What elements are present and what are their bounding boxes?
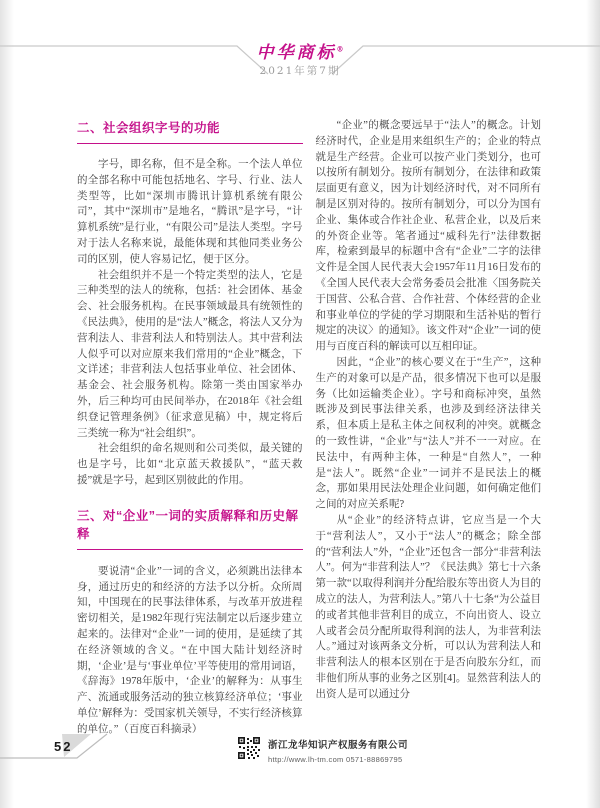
paragraph: 因此，“企业”的核心要义在于“生产”，这种生产的对象可以是产品，很多情况下也可以… [316,355,542,513]
paragraph: 要说清“企业”一词的含义，必须跳出法律本身，通过历史的和经济的方法予以分析。众所… [77,564,303,738]
journal-page: 中华商标® 2021年第7期 二、社会组织字号的功能 字号，即名称，但不是全称。… [0,0,600,808]
company-name: 浙江龙华知识产权服务有限公司 [268,737,408,751]
journal-logo-text: 中华商标 [257,43,337,63]
paragraph: 社会组织的命名规则和公司类似，最关键的也是字号，比如“北京蓝天救援队”，“蓝天救… [77,441,303,488]
left-column: 二、社会组织字号的功能 字号，即名称，但不是全称。一个法人单位的全部名称中可能包… [77,118,303,738]
page-header: 中华商标® 2021年第7期 [0,0,600,100]
issue-label: 2021年第7期 [0,63,600,78]
page-footer: 52 浙江龙华知识产权服务有限公司 http://www.lh-tm.com 0… [0,730,600,780]
footer-rule-line [0,733,170,778]
paragraph: 字号，即名称，但不是全称。一个法人单位的全部名称中可能包括地名、字号、行业、法人… [77,157,303,268]
section-heading-2: 二、社会组织字号的功能 [77,118,303,144]
contact-info: http://www.lh-tm.com 0571-88869795 [268,755,408,764]
journal-logo: 中华商标® [0,38,600,63]
right-column: “企业”的概念要远早于“法人”的概念。计划经济时代，企业是用来组织生产的；企业的… [316,118,542,738]
scan-edge-left [0,0,14,808]
paragraph: 从“企业”的经济特点讲，它应当是一个大于“营利法人”，又小于“法人”的概念；除全… [316,513,542,703]
registered-mark-icon: ® [337,44,344,53]
publisher-text-block: 浙江龙华知识产权服务有限公司 http://www.lh-tm.com 0571… [268,737,408,764]
section-heading-3: 三、对“企业”一词的实质解释和历史解释 [77,506,303,550]
page-number: 52 [54,739,72,754]
publisher-info: 浙江龙华知识产权服务有限公司 http://www.lh-tm.com 0571… [238,737,408,764]
paragraph: “企业”的概念要远早于“法人”的概念。计划经济时代，企业是用来组织生产的；企业的… [316,118,542,355]
paragraph: 社会组织并不是一个特定类型的法人，它是三种类型的法人的统称，包括：社会团体、基金… [77,268,303,442]
qr-code-icon [238,737,260,759]
scan-edge-right [586,0,600,808]
article-body: 二、社会组织字号的功能 字号，即名称，但不是全称。一个法人单位的全部名称中可能包… [77,118,541,738]
